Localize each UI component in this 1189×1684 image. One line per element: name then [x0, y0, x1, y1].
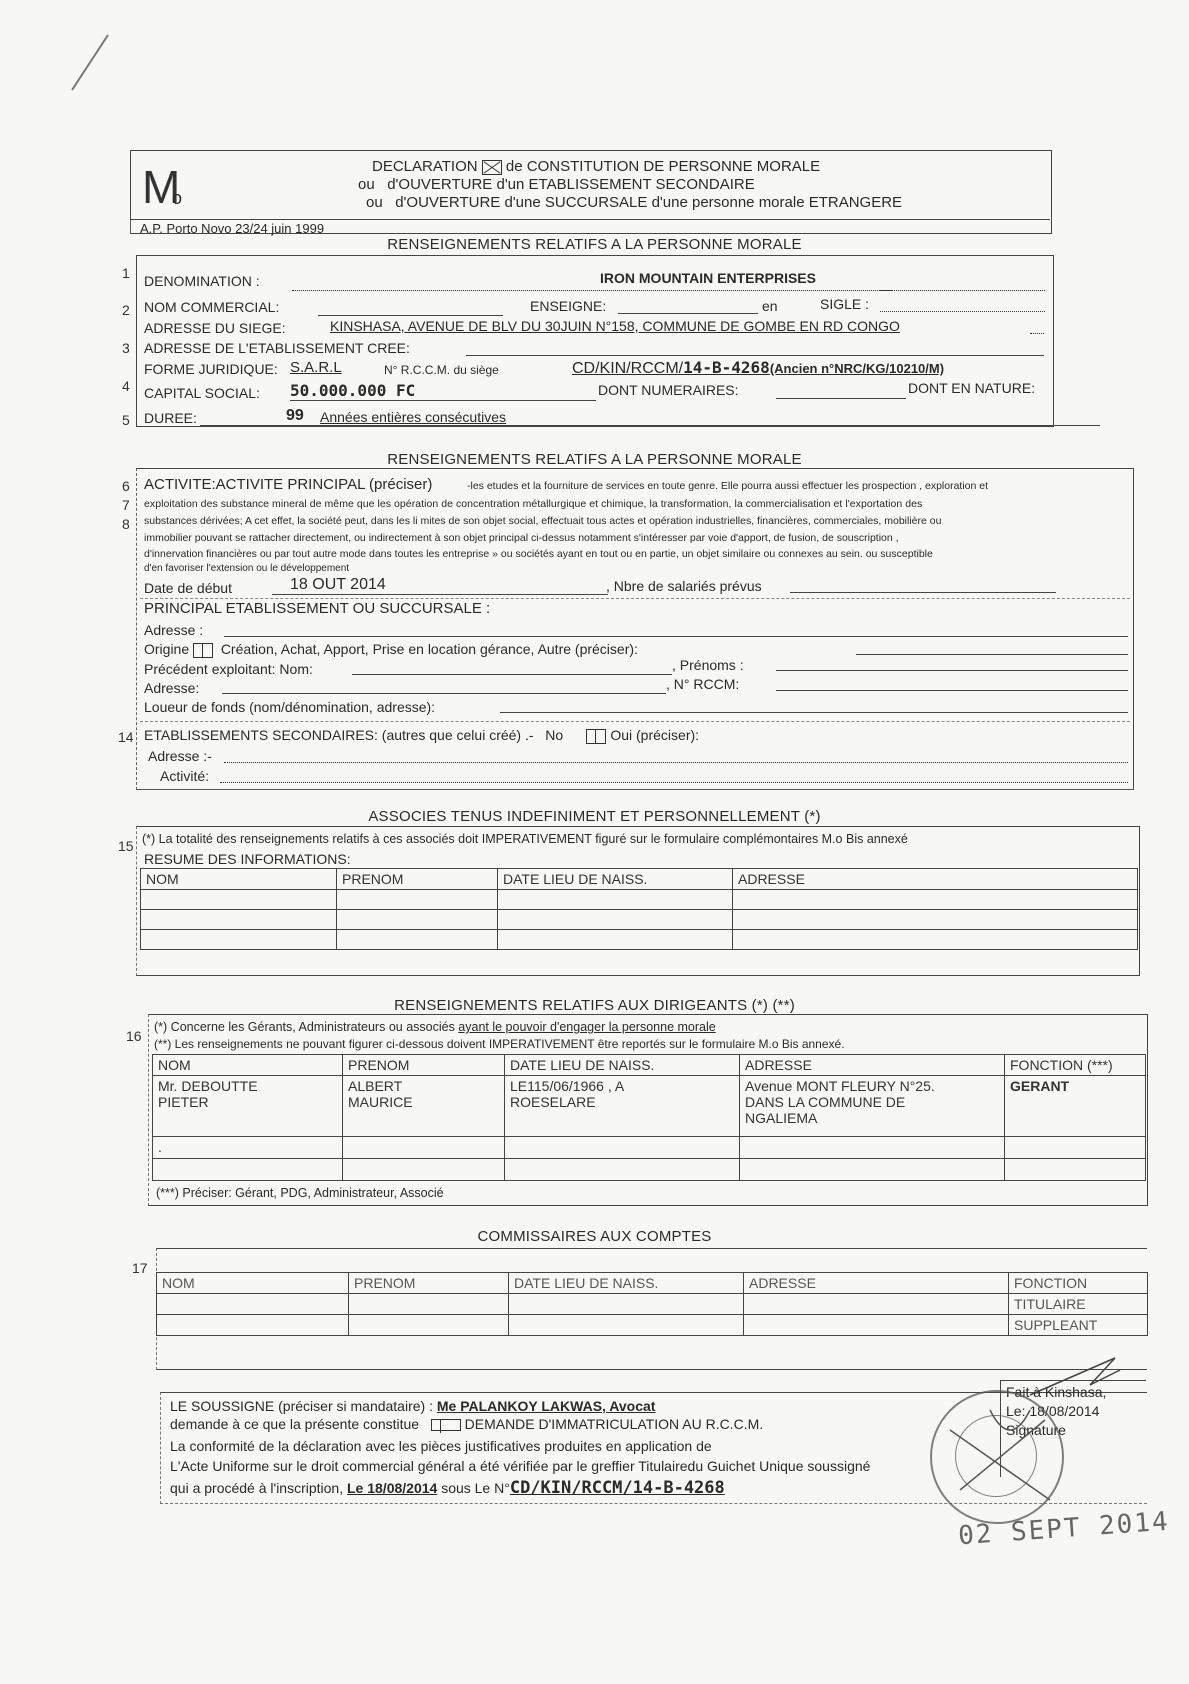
row-number: 4 — [122, 378, 130, 394]
denomination-value[interactable]: IRON MOUNTAIN ENTERPRISES — [600, 270, 816, 286]
table-cell[interactable] — [141, 910, 337, 930]
table-cell[interactable] — [505, 1159, 740, 1181]
forme-juridique-value[interactable]: S.A.R.L — [290, 359, 342, 376]
adresse3-field[interactable] — [224, 762, 1128, 763]
table-cell[interactable] — [349, 1294, 509, 1315]
table-cell[interactable]: GERANT — [1005, 1076, 1146, 1137]
capital-social-label: CAPITAL SOCIAL: — [144, 385, 260, 401]
table-cell[interactable] — [1005, 1159, 1146, 1181]
commissaires-table: NOMPRENOMDATE LIEU DE NAISS.ADRESSEFONCT… — [156, 1272, 1148, 1336]
adresse-field[interactable] — [224, 636, 1128, 637]
table-row — [153, 1159, 1146, 1181]
table-cell[interactable] — [498, 910, 733, 930]
constitution-checkbox[interactable] — [482, 160, 502, 175]
dirigeants-note-2: (**) Les renseignements ne pouvant figur… — [154, 1037, 845, 1051]
table-row — [141, 930, 1138, 950]
adresse2-label: Adresse: — [144, 680, 199, 696]
table-header-cell: TITULAIRE — [1009, 1294, 1148, 1315]
table-cell[interactable] — [337, 930, 498, 950]
activite-text-line: d'innervation financières ou par tout au… — [144, 548, 933, 560]
prenoms-field[interactable] — [776, 670, 1128, 671]
sigle-label: SIGLE : — [820, 296, 869, 312]
table-header-row: NOMPRENOMDATE LIEU DE NAISS.ADRESSEFONCT… — [157, 1273, 1148, 1294]
table-cell[interactable] — [343, 1159, 505, 1181]
duree-suffix: Années entières consécutives — [320, 409, 506, 425]
table-cell[interactable]: Avenue MONT FLEURY N°25. DANS LA COMMUNE… — [740, 1076, 1005, 1137]
activite2-field[interactable] — [220, 782, 1128, 783]
section-title-activite: RENSEIGNEMENTS RELATIFS A LA PERSONNE MO… — [0, 451, 1189, 468]
table-cell[interactable] — [740, 1137, 1005, 1159]
section-title-dirigeants: RENSEIGNEMENTS RELATIFS AUX DIRIGEANTS (… — [0, 997, 1189, 1014]
adresse-etablissement-field[interactable] — [466, 355, 1044, 356]
table-header-cell: PRENOM — [343, 1055, 505, 1076]
section-title-personne-morale: RENSEIGNEMENTS RELATIFS A LA PERSONNE MO… — [0, 236, 1189, 253]
nature-label: DONT EN NATURE: — [908, 380, 1035, 396]
table-cell[interactable] — [505, 1137, 740, 1159]
table-row: Mr. DEBOUTTE PIETERALBERT MAURICELE115/0… — [153, 1076, 1146, 1137]
activite-text-line: -les etudes et la fourniture de services… — [467, 480, 988, 492]
soussigne-value[interactable]: Me PALANKOY LAKWAS, Avocat — [437, 1398, 656, 1414]
signature-scribble-icon — [930, 1390, 1070, 1520]
declaration-line-3: ou d'OUVERTURE d'une SUCCURSALE d'une pe… — [366, 194, 902, 211]
resume-label: RESUME DES INFORMATIONS: — [144, 851, 351, 867]
table-header-cell: PRENOM — [337, 869, 498, 890]
adresse-siege-label: ADRESSE DU SIEGE: — [144, 320, 286, 336]
table-header-cell: ADRESSE — [733, 869, 1138, 890]
adresse2-field[interactable] — [222, 693, 666, 694]
row-number: 2 — [122, 302, 130, 318]
precedent-nom-field[interactable] — [352, 674, 672, 675]
inscription-row: qui a procédé à l'inscription, Le 18/08/… — [170, 1478, 725, 1498]
table-cell[interactable] — [498, 930, 733, 950]
section-title-commissaires: COMMISSAIRES AUX COMPTES — [0, 1228, 1189, 1245]
pen-mark — [60, 30, 120, 100]
table-cell[interactable]: ALBERT MAURICE — [343, 1076, 505, 1137]
table-cell[interactable] — [744, 1294, 1009, 1315]
adresse-etablissement-label: ADRESSE DE L'ETABLISSEMENT CREE: — [144, 340, 410, 356]
rccm-label: , N° RCCM: — [666, 676, 739, 692]
table-cell[interactable] — [337, 890, 498, 910]
etablissements-secondaires-row: ETABLISSEMENTS SECONDAIRES: (autres que … — [144, 727, 699, 744]
table-header-cell: FONCTION — [1009, 1273, 1148, 1294]
demande-row: demande à ce que la présente constitue D… — [170, 1416, 763, 1432]
table-header-cell: NOM — [153, 1055, 343, 1076]
forme-juridique-label: FORME JURIDIQUE: — [144, 361, 278, 377]
associes-note: (*) La totalité des renseignements relat… — [142, 832, 908, 846]
table-row: . — [153, 1137, 1146, 1159]
inscription-number: CD/KIN/RCCM/14-B-4268 — [510, 1478, 725, 1498]
date-debut-label: Date de début — [144, 580, 232, 596]
activite2-label: Activité: — [160, 768, 209, 784]
table-header-cell: DATE LIEU DE NAISS. — [498, 869, 733, 890]
table-header-cell: FONCTION (***) — [1005, 1055, 1146, 1076]
numeraires-label: DONT NUMERAIRES: — [598, 382, 739, 398]
soussigne-row: LE SOUSSIGNE (préciser si mandataire) : … — [170, 1398, 655, 1414]
duree-value[interactable]: 99 — [286, 407, 304, 425]
table-header-cell: DATE LIEU DE NAISS. — [509, 1273, 744, 1294]
activite-text-line: d'en favoriser l'extension ou le dévelop… — [144, 563, 349, 574]
table-header-cell: NOM — [141, 869, 337, 890]
table-cell[interactable] — [509, 1315, 744, 1336]
adresse-label: Adresse : — [144, 622, 203, 638]
pen-stroke-icon — [1020, 1350, 1130, 1400]
adresse-siege-value[interactable]: KINSHASA, AVENUE DE BLV DU 30JUIN N°158,… — [330, 318, 900, 334]
sigle-field[interactable] — [880, 311, 1045, 312]
form-code-suffix: o — [172, 188, 182, 209]
table-cell[interactable] — [157, 1294, 349, 1315]
row-number: 1 — [122, 265, 130, 281]
table-header-cell: PRENOM — [349, 1273, 509, 1294]
table-cell[interactable] — [153, 1159, 343, 1181]
table-row — [141, 910, 1138, 930]
loueur-field[interactable] — [500, 712, 1128, 713]
origine-checkbox[interactable] — [193, 643, 213, 658]
activite-text-line: immobilier pouvant se rattacher directem… — [144, 532, 899, 544]
table-cell[interactable] — [141, 890, 337, 910]
declaration-line-1: DECLARATION de CONSTITUTION DE PERSONNE … — [372, 158, 820, 175]
dirigeants-table: NOMPRENOMDATE LIEU DE NAISS.ADRESSEFONCT… — [152, 1054, 1146, 1181]
table-cell[interactable] — [1005, 1137, 1146, 1159]
table-cell[interactable] — [733, 910, 1138, 930]
table-cell[interactable] — [157, 1315, 349, 1336]
oui-checkbox[interactable] — [586, 729, 606, 744]
table-cell[interactable] — [744, 1315, 1009, 1336]
denomination-label: DENOMINATION : — [144, 273, 260, 289]
autre-field[interactable] — [856, 654, 1128, 655]
table-cell[interactable]: . — [153, 1137, 343, 1159]
table-header-cell: DATE LIEU DE NAISS. — [505, 1055, 740, 1076]
fonction-footnote: (***) Préciser: Gérant, PDG, Administrat… — [156, 1186, 444, 1200]
row-number: 3 — [122, 340, 130, 356]
table-cell[interactable]: LE115/06/1966 , A ROESELARE — [505, 1076, 740, 1137]
table-header-cell: NOM — [157, 1273, 349, 1294]
nom-commercial-label: NOM COMMERCIAL: — [144, 299, 279, 315]
table-cell[interactable]: Mr. DEBOUTTE PIETER — [153, 1076, 343, 1137]
origine-row: Origine Création, Achat, Apport, Prise e… — [144, 641, 638, 658]
capital-social-value[interactable]: 50.000.000 FC — [290, 381, 415, 400]
duree-label: DUREE: — [144, 410, 197, 426]
ap-reference: A.P. Porto Novo 23/24 juin 1999 — [140, 221, 324, 236]
activite-text-line: substances dérivées; A cet effet, la soc… — [144, 515, 941, 527]
prenoms-label: , Prénoms : — [672, 657, 744, 673]
demande-checkbox[interactable] — [431, 1419, 461, 1431]
salaries-field[interactable] — [790, 592, 1056, 593]
table-header-cell: ADRESSE — [740, 1055, 1005, 1076]
table-header-row: NOMPRENOMDATE LIEU DE NAISS.ADRESSEFONCT… — [153, 1055, 1146, 1076]
conformite-line-2: L'Acte Uniforme sur le droit commercial … — [170, 1458, 870, 1474]
conformite-line-1: La conformité de la déclaration avec les… — [170, 1438, 712, 1454]
table-cell[interactable] — [141, 930, 337, 950]
table-header-cell: ADRESSE — [744, 1273, 1009, 1294]
associes-table: NOMPRENOMDATE LIEU DE NAISS.ADRESSE — [140, 868, 1138, 950]
table-cell[interactable] — [349, 1315, 509, 1336]
table-cell[interactable] — [733, 930, 1138, 950]
table-row — [141, 890, 1138, 910]
activite-label: ACTIVITE:ACTIVITE PRINCIPAL (préciser) — [144, 476, 432, 493]
nom-commercial-field[interactable] — [318, 315, 503, 316]
declaration-line-2: ou d'OUVERTURE d'un ETABLISSEMENT SECOND… — [358, 176, 755, 193]
table-cell[interactable] — [337, 910, 498, 930]
enseigne-label: ENSEIGNE: — [530, 298, 606, 314]
table-cell[interactable] — [498, 890, 733, 910]
adresse3-label: Adresse :- — [148, 748, 212, 764]
table-cell[interactable] — [509, 1294, 744, 1315]
rccm-siege-label: N° R.C.C.M. du siège — [384, 363, 499, 377]
table-cell[interactable] — [733, 890, 1138, 910]
section-title-associes: ASSOCIES TENUS INDEFINIMENT ET PERSONNEL… — [0, 808, 1189, 825]
rccm-field[interactable] — [776, 690, 1128, 691]
table-cell[interactable] — [343, 1137, 505, 1159]
dirigeants-note-1: (*) Concerne les Gérants, Administrateur… — [154, 1020, 716, 1034]
date-debut-value[interactable]: 18 OUT 2014 — [290, 576, 386, 594]
principal-etablissement-label: PRINCIPAL ETABLISSEMENT OU SUCCURSALE : — [144, 600, 490, 617]
rccm-siege-value[interactable]: CD/KIN/RCCM/14-B-4268(Ancien n°NRC/KG/10… — [572, 358, 944, 378]
loueur-label: Loueur de fonds (nom/dénomination, adres… — [144, 699, 435, 715]
table-header-row: NOMPRENOMDATE LIEU DE NAISS.ADRESSE — [141, 869, 1138, 890]
table-row: SUPPLEANT — [157, 1315, 1148, 1336]
salaries-label: , Nbre de salariés prévus — [606, 578, 762, 594]
table-header-cell: SUPPLEANT — [1009, 1315, 1148, 1336]
precedent-exploitant-label: Précédent exploitant: Nom: — [144, 661, 313, 677]
enseigne-field[interactable] — [618, 313, 758, 314]
table-cell[interactable] — [740, 1159, 1005, 1181]
table-row: TITULAIRE — [157, 1294, 1148, 1315]
numeraires-field[interactable] — [776, 398, 906, 399]
activite-text-line: exploitation des substance mineral de mê… — [144, 498, 922, 510]
row-number: 5 — [122, 412, 130, 428]
